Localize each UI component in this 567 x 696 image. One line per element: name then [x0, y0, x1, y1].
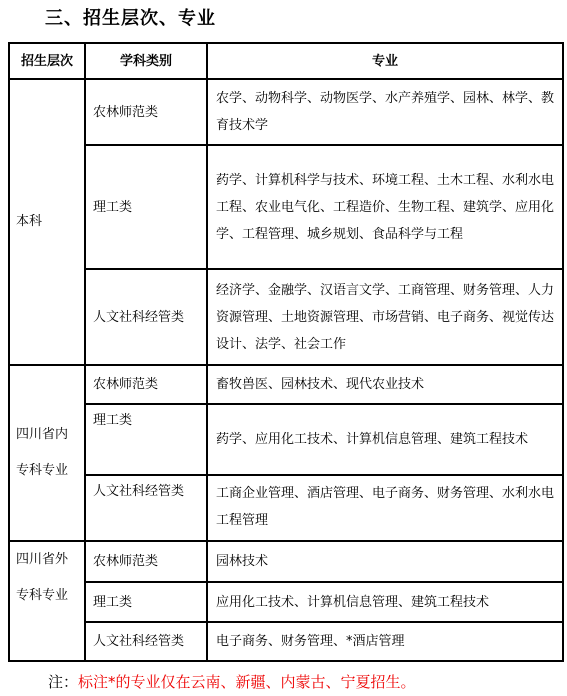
majors-cell: 工商企业管理、酒店管理、电子商务、财务管理、水利水电工程管理	[207, 475, 563, 541]
majors-cell: 畜牧兽医、园林技术、现代农业技术	[207, 365, 563, 404]
footnote: 注：标注*的专业仅在云南、新疆、内蒙古、宁夏招生。	[48, 671, 416, 692]
category-cell: 农林师范类	[85, 79, 207, 145]
majors-table: 招生层次 学科类别 专业 本科 农林师范类 农学、动物科学、动物医学、水产养殖学…	[8, 42, 564, 662]
table-row: 理工类 应用化工技术、计算机信息管理、建筑工程技术	[9, 582, 563, 622]
table-row: 人文社科经管类 经济学、金融学、汉语言文学、工商管理、财务管理、人力资源管理、土…	[9, 269, 563, 365]
majors-cell: 电子商务、财务管理、*酒店管理	[207, 622, 563, 661]
level-line: 专科专业	[16, 453, 78, 489]
majors-cell: 园林技术	[207, 541, 563, 582]
table-row: 本科 农林师范类 农学、动物科学、动物医学、水产养殖学、园林、林学、教育技术学	[9, 79, 563, 145]
category-cell: 理工类	[85, 582, 207, 622]
table-header-row: 招生层次 学科类别 专业	[9, 43, 563, 79]
level-cell: 四川省外 专科专业	[9, 541, 85, 661]
section-title: 三、招生层次、专业	[45, 4, 216, 30]
level-cell: 本科	[9, 79, 85, 365]
header-level: 招生层次	[9, 43, 85, 79]
header-majors: 专业	[207, 43, 563, 79]
footnote-prefix: 注：	[48, 673, 78, 691]
majors-cell: 农学、动物科学、动物医学、水产养殖学、园林、林学、教育技术学	[207, 79, 563, 145]
category-cell: 人文社科经管类	[85, 475, 207, 541]
table-row: 理工类 药学、应用化工技术、计算机信息管理、建筑工程技术	[9, 404, 563, 475]
header-category: 学科类别	[85, 43, 207, 79]
level-line: 四川省外	[16, 542, 78, 578]
category-cell: 人文社科经管类	[85, 269, 207, 365]
level-line: 四川省内	[16, 417, 78, 453]
table-row: 四川省外 专科专业 农林师范类 园林技术	[9, 541, 563, 582]
majors-cell: 应用化工技术、计算机信息管理、建筑工程技术	[207, 582, 563, 622]
category-cell: 理工类	[85, 145, 207, 269]
category-cell: 人文社科经管类	[85, 622, 207, 661]
table-row: 人文社科经管类 电子商务、财务管理、*酒店管理	[9, 622, 563, 661]
category-cell: 农林师范类	[85, 541, 207, 582]
level-cell: 四川省内 专科专业	[9, 365, 85, 541]
majors-cell: 药学、计算机科学与技术、环境工程、土木工程、水利水电工程、农业电气化、工程造价、…	[207, 145, 563, 269]
majors-cell: 经济学、金融学、汉语言文学、工商管理、财务管理、人力资源管理、土地资源管理、市场…	[207, 269, 563, 365]
table-row: 理工类 药学、计算机科学与技术、环境工程、土木工程、水利水电工程、农业电气化、工…	[9, 145, 563, 269]
table-row: 四川省内 专科专业 农林师范类 畜牧兽医、园林技术、现代农业技术	[9, 365, 563, 404]
majors-cell: 药学、应用化工技术、计算机信息管理、建筑工程技术	[207, 404, 563, 475]
level-line: 专科专业	[16, 578, 78, 614]
table-row: 人文社科经管类 工商企业管理、酒店管理、电子商务、财务管理、水利水电工程管理	[9, 475, 563, 541]
category-cell: 农林师范类	[85, 365, 207, 404]
category-cell: 理工类	[85, 404, 207, 475]
footnote-text: 标注*的专业仅在云南、新疆、内蒙古、宁夏招生。	[78, 673, 416, 691]
